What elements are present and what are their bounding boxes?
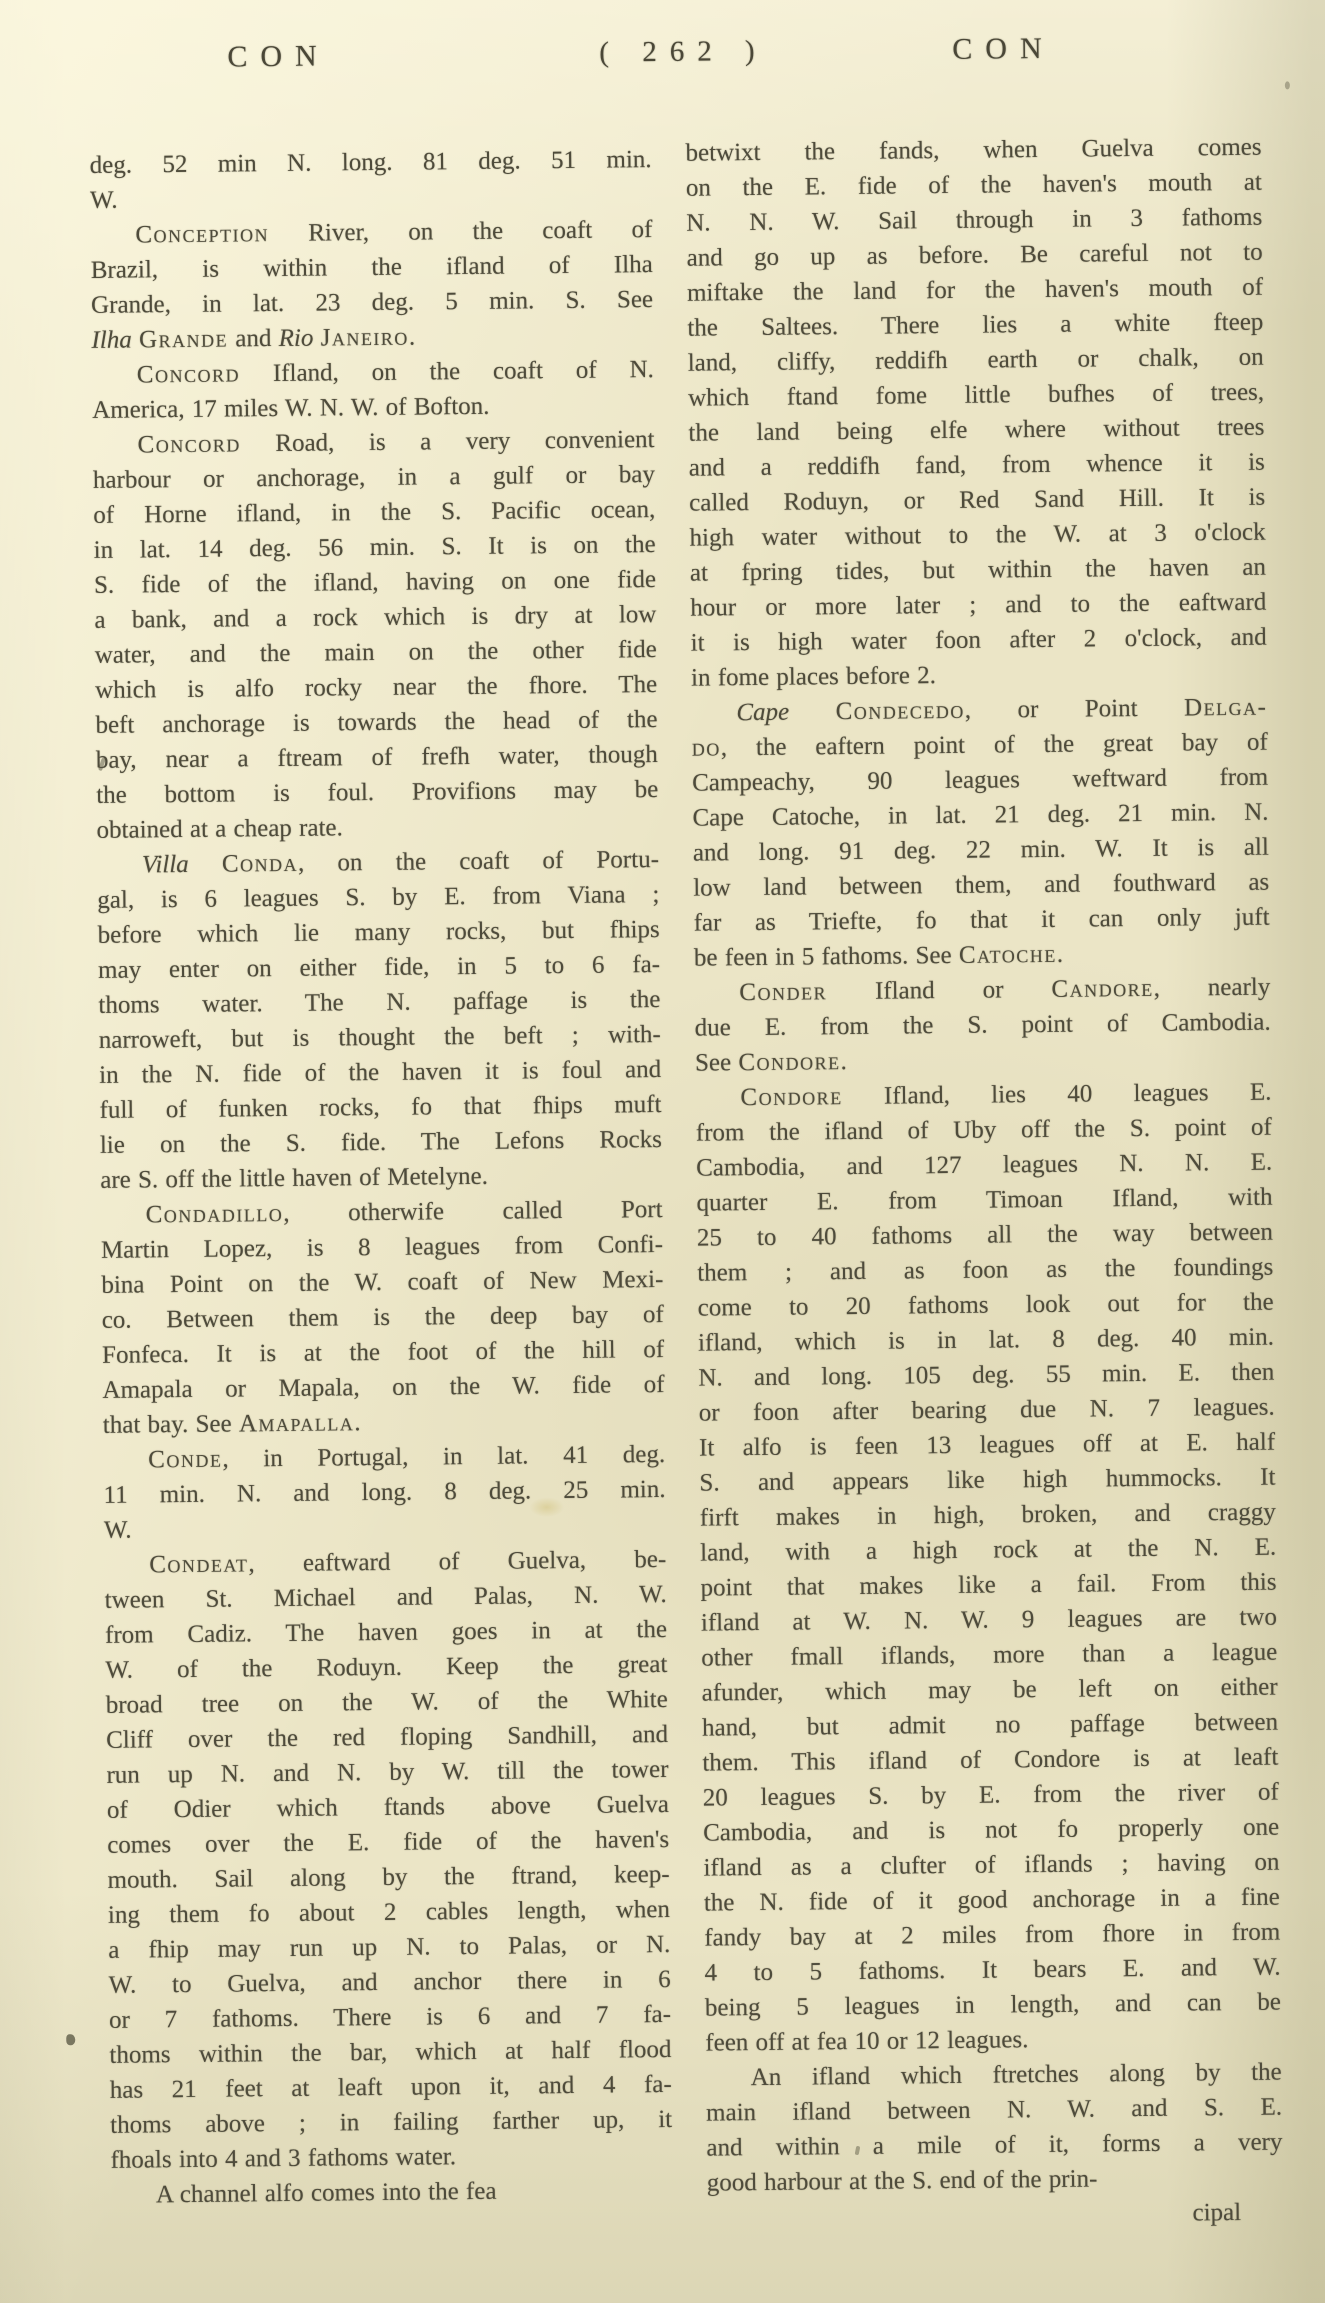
text-line: A channel alfo comes into the fea xyxy=(111,2172,673,2213)
text-line: run up N. and N. by W. till the tower xyxy=(106,1752,668,1793)
text-line: water, and the main on the other fide xyxy=(95,632,657,673)
text-line: called Roduyn, or Red Sand Hill. It is xyxy=(689,480,1265,521)
text-line: in the N. fide of the haven it is foul a… xyxy=(99,1052,661,1093)
text-line: Martin Lopez, is 8 leagues from Confi- xyxy=(101,1227,663,1268)
text-line: tween St. Michael and Palas, N. W. xyxy=(104,1577,666,1618)
text-line: come to 20 fathoms look out for the xyxy=(697,1285,1273,1326)
ink-speck xyxy=(66,2034,75,2045)
text-line: harbour or anchorage, in a gulf or bay xyxy=(93,457,655,498)
text-line: at fpring tides, but within the haven an xyxy=(690,550,1266,591)
text-line: ifland at W. N. W. 9 leagues are two xyxy=(701,1600,1277,1641)
text-line: be feen in 5 fathoms. See Catoche. xyxy=(694,935,1270,976)
text-line: that bay. See Amapalla. xyxy=(103,1402,665,1443)
catchword: cipal xyxy=(707,2195,1283,2236)
page-number: ( 262 ) xyxy=(563,34,803,70)
text-line: and long. 91 deg. 22 min. W. It is all xyxy=(693,830,1269,871)
text-line: Cambodia, and is not fo properly one xyxy=(703,1810,1279,1851)
text-line: point that makes like a fail. From this xyxy=(700,1565,1276,1606)
text-line: Cape Condecedo, or Point Delga- xyxy=(691,690,1267,731)
text-line: Brazil, is within the ifland of Ilha xyxy=(91,247,653,288)
text-line: fhoals into 4 and 3 fathoms water. xyxy=(110,2137,672,2178)
text-line: bay, near a ftream of frefh water, thoug… xyxy=(96,737,658,778)
page-sheet: CON ( 262 ) CON deg. 52 min N. long. 81 … xyxy=(0,0,1325,2303)
text-line: and a reddifh fand, from whence it is xyxy=(689,445,1265,486)
text-line: feen off at fea 10 or 12 leagues. xyxy=(705,2020,1281,2061)
text-line: comes over the E. fide of the haven's xyxy=(107,1822,669,1863)
text-line: co. Between them is the deep bay of xyxy=(102,1297,664,1338)
text-line: main ifland between N. W. and S. E. xyxy=(706,2090,1282,2131)
text-line: has 21 feet at leaft upon it, and 4 fa- xyxy=(110,2067,672,2108)
text-line: the N. fide of it good anchorage in a fi… xyxy=(704,1880,1280,1921)
text-line: W. of the Roduyn. Keep the great xyxy=(105,1647,667,1688)
text-line: or foon after bearing due N. 7 leagues. xyxy=(699,1390,1275,1431)
ink-speck xyxy=(1285,81,1290,89)
text-line: narroweft, but is thought the beft ; wit… xyxy=(99,1017,661,1058)
text-line: S. fide of the ifland, having on one fid… xyxy=(94,562,656,603)
text-line: lie on the S. fide. The Lefons Rocks xyxy=(100,1122,662,1163)
text-line: it is high water foon after 2 o'clock, a… xyxy=(690,620,1266,661)
text-line: See Condore. xyxy=(695,1040,1271,1081)
text-line: of Horne ifland, in the S. Pacific ocean… xyxy=(93,492,655,533)
text-line: other fmall iflands, more than a league xyxy=(701,1635,1277,1676)
text-line: ifland, which is in lat. 8 deg. 40 min. xyxy=(698,1320,1274,1361)
text-line: Ilha Grande and Rio Janeiro. xyxy=(91,317,653,358)
text-line: and within a mile of it, forms a very xyxy=(706,2125,1282,2166)
text-line: Campeachy, 90 leagues weftward from xyxy=(692,760,1268,801)
text-line: which ftand fome little bufhes of trees, xyxy=(688,375,1264,416)
text-line: high water without to the W. at 3 o'cloc… xyxy=(689,515,1265,556)
text-line: in fome places before 2. xyxy=(691,655,1267,696)
text-line: hand, but admit no paffage between xyxy=(702,1705,1278,1746)
text-line: are S. off the little haven of Metelyne. xyxy=(100,1157,662,1198)
text-line: S. and appears like high hummocks. It xyxy=(699,1460,1275,1501)
text-line: America, 17 miles W. N. W. of Bofton. xyxy=(92,387,654,428)
text-line: may enter on either fide, in 5 to 6 fa- xyxy=(98,947,660,988)
text-line: W. xyxy=(90,177,652,218)
running-title-left: CON xyxy=(178,39,378,75)
text-line: land, cliffy, reddifh earth or chalk, on xyxy=(688,340,1264,381)
text-line: Condore Ifland, lies 40 leagues E. xyxy=(695,1075,1271,1116)
text-line: W. xyxy=(104,1507,666,1548)
text-line: It alfo is feen 13 leagues off at E. hal… xyxy=(699,1425,1275,1466)
text-line: them. This ifland of Condore is at leaft xyxy=(702,1740,1278,1781)
text-line: on the E. fide of the haven's mouth at xyxy=(686,165,1262,206)
text-line: N. N. W. Sail through in 3 fathoms xyxy=(686,200,1262,241)
text-line: Condeat, eaftward of Guelva, be- xyxy=(104,1542,666,1583)
text-line: low land between them, and fouthward as xyxy=(693,865,1269,906)
text-line: them ; and as foon as the foundings xyxy=(697,1250,1273,1291)
text-line: 4 to 5 fathoms. It bears E. and W. xyxy=(704,1950,1280,1991)
text-line: broad tree on the W. of the White xyxy=(106,1682,668,1723)
text-line: hour or more later ; and to the eaftward xyxy=(690,585,1266,626)
text-line: miftake the land for the haven's mouth o… xyxy=(687,270,1263,311)
text-line: good harbour at the S. end of the prin- xyxy=(707,2160,1283,2201)
text-line: thoms water. The N. paffage is the xyxy=(98,982,660,1023)
text-line: or 7 fathoms. There is 6 and 7 fa- xyxy=(109,1997,671,2038)
text-line: Concord Road, is a very convenient xyxy=(92,422,654,463)
text-line: beft anchorage is towards the head of th… xyxy=(95,702,657,743)
running-title-right: CON xyxy=(903,31,1103,67)
text-line: do, the eaftern point of the great bay o… xyxy=(692,725,1268,766)
page-header: CON ( 262 ) CON xyxy=(0,29,1314,93)
text-line: being 5 leagues in length, and can be xyxy=(705,1985,1281,2026)
text-line: Grande, in lat. 23 deg. 5 min. S. See xyxy=(91,282,653,323)
text-line: far as Triefte, fo that it can only juft xyxy=(693,900,1269,941)
text-line: Cambodia, and 127 leagues N. N. E. xyxy=(696,1145,1272,1186)
text-line: 20 leagues S. by E. from the river of xyxy=(703,1775,1279,1816)
text-line: from Cadiz. The haven goes in at the xyxy=(105,1612,667,1653)
text-line: ing them fo about 2 cables length, when xyxy=(108,1892,670,1933)
text-line: due E. from the S. point of Cambodia. xyxy=(695,1005,1271,1046)
text-line: of Odier which ftands above Guelva xyxy=(107,1787,669,1828)
text-line: thoms within the bar, which at half floo… xyxy=(109,2032,671,2073)
text-line: before which lie many rocks, but fhips xyxy=(98,912,660,953)
text-line: afunder, which may be left on either xyxy=(701,1670,1277,1711)
book-page-scan: CON ( 262 ) CON deg. 52 min N. long. 81 … xyxy=(0,0,1325,2303)
text-line: fandy bay at 2 miles from fhore in from xyxy=(704,1915,1280,1956)
text-line: Cliff over the red floping Sandhill, and xyxy=(106,1717,668,1758)
text-line: firft makes in high, broken, and craggy xyxy=(700,1495,1276,1536)
text-line: N. and long. 105 deg. 55 min. E. then xyxy=(698,1355,1274,1396)
text-line: Concord Ifland, on the coaft of N. xyxy=(92,352,654,393)
text-line: the bottom is foul. Provifions may be xyxy=(96,772,658,813)
text-line: Condadillo, otherwife called Port xyxy=(100,1192,662,1233)
text-line: thoms above ; in failing farther up, it xyxy=(110,2102,672,2143)
text-line: obtained at a cheap rate. xyxy=(96,807,658,848)
text-line: mouth. Sail along by the ftrand, keep- xyxy=(107,1857,669,1898)
text-line: betwixt the fands, when Guelva comes xyxy=(685,130,1261,171)
text-line: Fonfeca. It is at the foot of the hill o… xyxy=(102,1332,664,1373)
text-line: W. to Guelva, and anchor there in 6 xyxy=(109,1962,671,2003)
text-line: in lat. 14 deg. 56 min. S. It is on the xyxy=(93,527,655,568)
text-line: and go up as before. Be careful not to xyxy=(686,235,1262,276)
text-line: from the ifland of Uby off the S. point … xyxy=(696,1110,1272,1151)
text-line: Conde, in Portugal, in lat. 41 deg. xyxy=(103,1437,665,1478)
text-column-right: betwixt the fands, when Guelva comeson t… xyxy=(685,130,1283,2236)
text-line: the Saltees. There lies a white fteep xyxy=(687,305,1263,346)
text-line: quarter E. from Timoan Ifland, with xyxy=(696,1180,1272,1221)
text-line: 11 min. N. and long. 8 deg. 25 min. xyxy=(103,1472,665,1513)
text-line: ifland as a clufter of iflands ; having … xyxy=(703,1845,1279,1886)
text-line: An ifland which ftretches along by the xyxy=(706,2055,1282,2096)
text-line: full of funken rocks, fo that fhips muft xyxy=(99,1087,661,1128)
text-line: which is alfo rocky near the fhore. The xyxy=(95,667,657,708)
text-line: gal, is 6 leagues S. by E. from Viana ; xyxy=(97,877,659,918)
text-line: Conder Ifland or Candore, nearly xyxy=(694,970,1270,1011)
text-line: Conception River, on the coaft of xyxy=(90,212,652,253)
text-line: the land being elfe where without trees xyxy=(688,410,1264,451)
text-line: bina Point on the W. coaft of New Mexi- xyxy=(101,1262,663,1303)
text-line: Amapala or Mapala, on the W. fide of xyxy=(102,1367,664,1408)
text-line: Villa Conda, on the coaft of Portu- xyxy=(97,842,659,883)
text-line: 25 to 40 fathoms all the way between xyxy=(697,1215,1273,1256)
text-line: a bank, and a rock which is dry at low xyxy=(94,597,656,638)
text-line: land, with a high rock at the N. E. xyxy=(700,1530,1276,1571)
text-line: Cape Catoche, in lat. 21 deg. 21 min. N. xyxy=(692,795,1268,836)
text-line: deg. 52 min N. long. 81 deg. 51 min. xyxy=(89,142,651,183)
text-line: a fhip may run up N. to Palas, or N. xyxy=(108,1927,670,1968)
text-column-left: deg. 52 min N. long. 81 deg. 51 min.W.Co… xyxy=(89,142,673,2213)
